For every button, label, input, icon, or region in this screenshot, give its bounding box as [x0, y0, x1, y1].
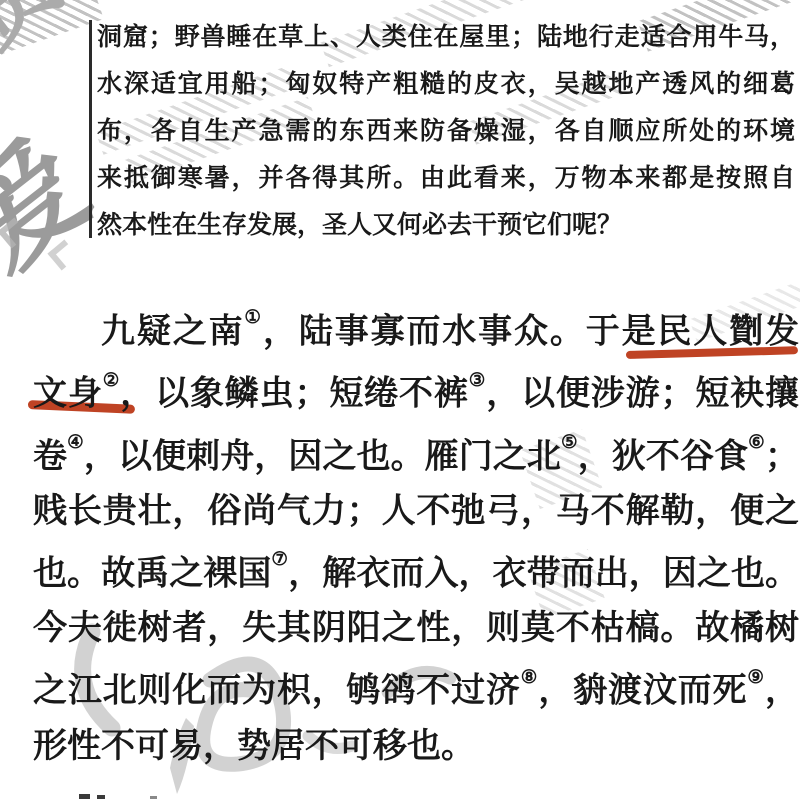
text-line: 今夫徙树者，失其阴阳之性，则莫不枯槁。故橘树	[33, 601, 799, 656]
text-line: 来抵御寒暑，并各得其所。由此看来，万物本来都是按照自	[97, 155, 795, 202]
text-line: 布，各自生产急需的东西来防备燥湿，各自顺应所处的环境	[97, 108, 795, 155]
text-line: 文身②，以象鳞虫；短绻不裤③，以便涉游；短袂攘	[33, 359, 799, 421]
text-line: 卷④，以便刺舟，因之也。雁门之北⑤，狄不谷食⑥；	[33, 422, 799, 484]
paragraph-translation: 洞窟；野兽睡在草上、人类住在屋里；陆地行走适合用牛马， 水深适宜用船；匈奴特产粗…	[97, 14, 795, 249]
text-line: 也。故禹之裸国⑦，解衣而入，衣带而出，因之也。	[33, 539, 799, 601]
page-bottom-partial-text	[150, 796, 157, 799]
text-line: 洞窟；野兽睡在草上、人类住在屋里；陆地行走适合用牛马，	[97, 14, 795, 61]
paragraph-original: 九疑之南①，陆事寡而水事众。于是民人劗发 文身②，以象鳞虫；短绻不裤③，以便涉游…	[33, 297, 799, 774]
scanned-page: 爱 资 洞窟；野兽睡在草上、人类住在屋里；陆地行走适合用牛马， 水深适宜用船；匈…	[0, 0, 800, 800]
text-line: 水深适宜用船；匈奴特产粗糙的皮衣，吴越地产透风的细葛	[97, 61, 795, 108]
text-line: 形性不可易，势居不可移也。	[33, 719, 799, 774]
page-bottom-partial-text	[97, 795, 105, 799]
watermark-stroke	[48, 240, 79, 271]
text-line: 贱长贵壮，俗尚气力；人不弛弓，马不解勒，便之	[33, 484, 799, 539]
text-line: 之江北则化而为枳，鸲鹆不过济⑧，貈渡汶而死⑨，	[33, 656, 799, 718]
left-margin-rule	[89, 20, 92, 238]
watermark-stroke	[0, 218, 28, 249]
text-line: 然本性在生存发展，圣人又何必去干预它们呢？	[97, 202, 795, 249]
text-line: 九疑之南①，陆事寡而水事众。于是民人劗发	[33, 297, 799, 359]
aiwen-watermark-char-faint: 资	[0, 0, 77, 63]
page-bottom-partial-text	[79, 794, 90, 799]
